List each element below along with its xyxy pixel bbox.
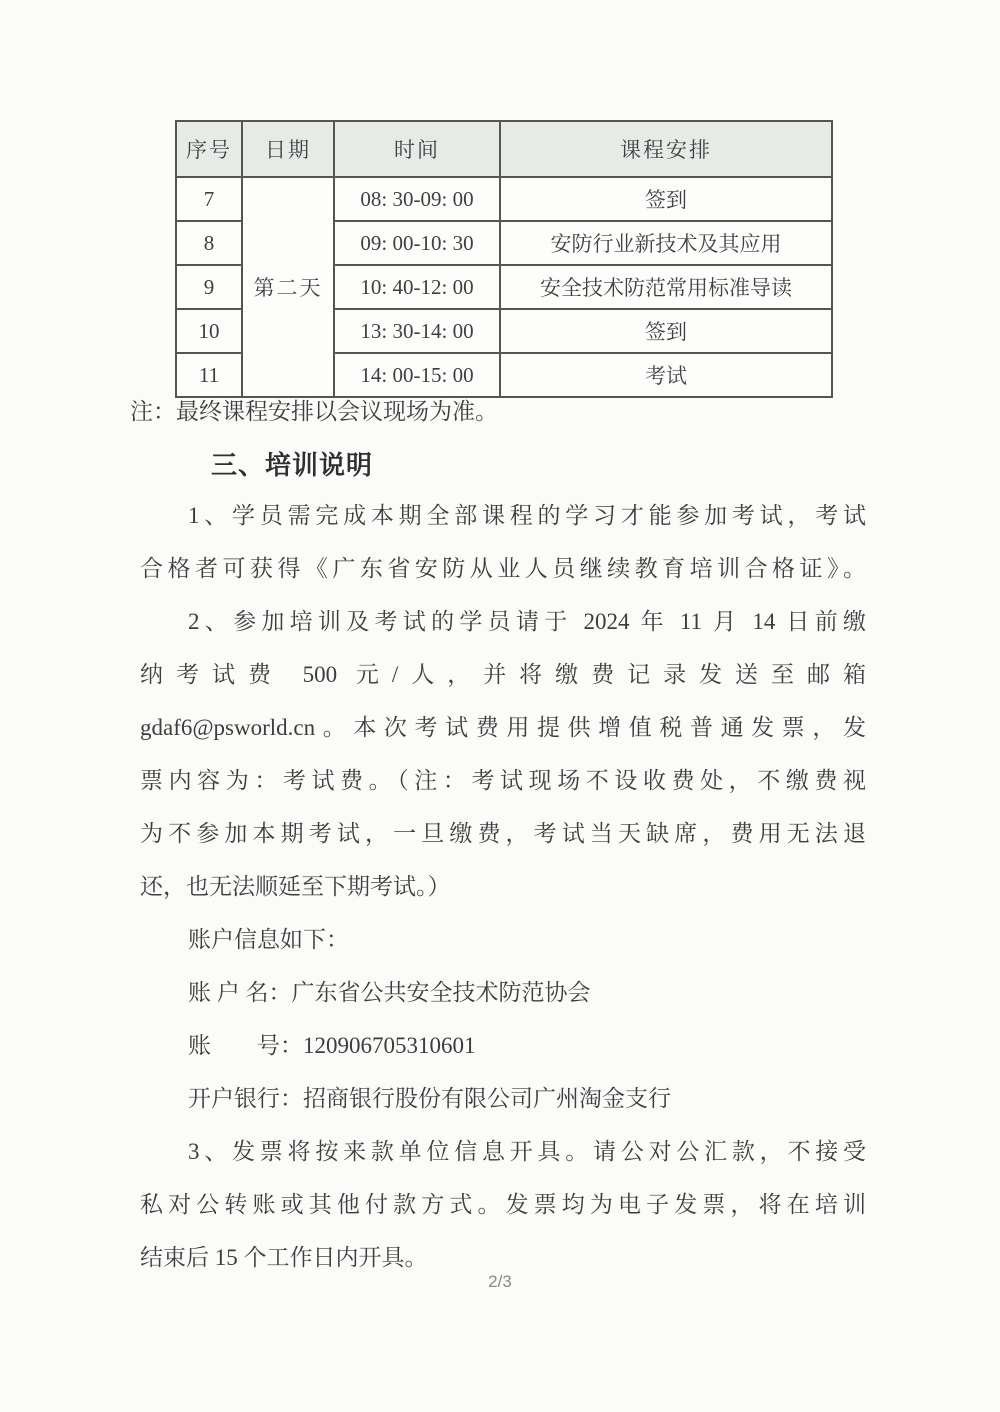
header-time: 时间 [334, 121, 500, 177]
cell-course: 考试 [500, 353, 832, 397]
document-page: 序号 日期 时间 课程安排 7 第二天 08: 30-09: 00 签到 8 0… [0, 0, 1000, 1412]
cell-date-merged: 第二天 [242, 177, 334, 397]
paragraph-2-line: 纳考试费 500 元/人，并将缴费记录发送至邮箱 [140, 648, 866, 701]
cell-no: 10 [176, 309, 242, 353]
paragraph-2-line: 还，也无法顺延至下期考试。） [140, 860, 866, 913]
page-number: 2/3 [0, 1272, 1000, 1292]
cell-no: 11 [176, 353, 242, 397]
cell-no: 7 [176, 177, 242, 221]
account-name-line: 账 户 名：广东省公共安全技术防范协会 [140, 966, 866, 1019]
table-header-row: 序号 日期 时间 课程安排 [176, 121, 832, 177]
cell-course: 安防行业新技术及其应用 [500, 221, 832, 265]
cell-course: 安全技术防范常用标准导读 [500, 265, 832, 309]
cell-time: 09: 00-10: 30 [334, 221, 500, 265]
cell-no: 9 [176, 265, 242, 309]
header-no: 序号 [176, 121, 242, 177]
paragraph-1-line: 1、学员需完成本期全部课程的学习才能参加考试，考试 [140, 489, 866, 542]
paragraph-2-line: 票内容为：考试费。（注：考试现场不设收费处，不缴费视 [140, 754, 866, 807]
paragraph-2-line: gdaf6@psworld.cn。本次考试费用提供增值税普通发票，发 [140, 701, 866, 754]
course-schedule-table: 序号 日期 时间 课程安排 7 第二天 08: 30-09: 00 签到 8 0… [175, 120, 833, 398]
paragraph-1-line: 合格者可获得《广东省安防从业人员继续教育培训合格证》。 [140, 542, 866, 595]
account-number-line: 账 号：120906705310601 [140, 1019, 866, 1072]
cell-time: 10: 40-12: 00 [334, 265, 500, 309]
paragraph-2-line: 为不参加本期考试，一旦缴费，考试当天缺席，费用无法退 [140, 807, 866, 860]
paragraph-3-line: 私对公转账或其他付款方式。发票均为电子发票，将在培训 [140, 1178, 866, 1231]
table-footnote: 注：最终课程安排以会议现场为准。 [130, 392, 870, 432]
paragraph-3-line: 3、发票将按来款单位信息开具。请公对公汇款，不接受 [140, 1125, 866, 1178]
table-row: 7 第二天 08: 30-09: 00 签到 [176, 177, 832, 221]
section-heading: 三、培训说明 [211, 448, 373, 484]
cell-course: 签到 [500, 177, 832, 221]
cell-time: 08: 30-09: 00 [334, 177, 500, 221]
cell-time: 14: 00-15: 00 [334, 353, 500, 397]
account-bank-line: 开户银行：招商银行股份有限公司广州淘金支行 [140, 1072, 866, 1125]
cell-course: 签到 [500, 309, 832, 353]
cell-no: 8 [176, 221, 242, 265]
cell-time: 13: 30-14: 00 [334, 309, 500, 353]
header-date: 日期 [242, 121, 334, 177]
header-course: 课程安排 [500, 121, 832, 177]
paragraph-2-line: 2、参加培训及考试的学员请于 2024 年 11 月 14 日前缴 [140, 595, 866, 648]
account-info-intro: 账户信息如下： [140, 913, 866, 966]
body-text: 1、学员需完成本期全部课程的学习才能参加考试，考试 合格者可获得《广东省安防从业… [140, 489, 866, 1284]
